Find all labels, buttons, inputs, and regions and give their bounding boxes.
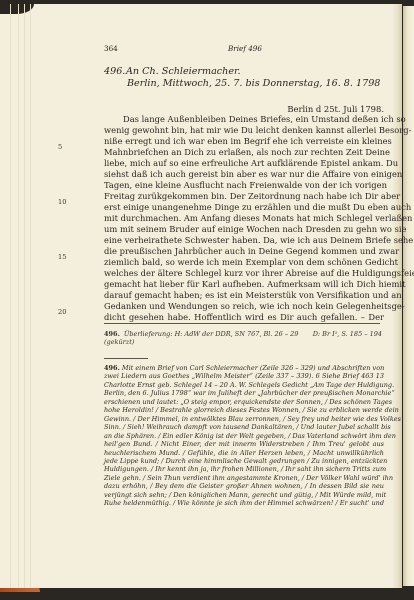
text-line: welches der ältere Schlegel kurz vor ihr… (104, 268, 384, 279)
commentary-line: heil'gen Bund. / Nicht Einer, der mit in… (104, 440, 384, 448)
letter-body: Das lange Außenbleiben Deines Briefes, e… (104, 114, 384, 323)
apparatus-print-source: D: Br I¹, S. 185 – 194 (313, 330, 382, 338)
commentary-line: jede Lippe kund; / Durch eine himmlische… (104, 457, 384, 465)
book-scan: 364 Brief 496 496.An Ch. Schleiermacher.… (0, 0, 414, 600)
apparatus-note-continued: (gekürzt) (104, 338, 382, 346)
dateline: Berlin d 25t. Juli 1798. (287, 104, 384, 114)
apparatus-number: 496. (104, 330, 120, 338)
line-number: 15 (58, 253, 66, 261)
apparatus-note: 496.Überlieferung: H: AdW der DDR, SN 76… (104, 330, 382, 347)
footnote-rule (104, 323, 380, 324)
running-head: 364 Brief 496 (104, 44, 380, 56)
letter-heading: 496.An Ch. Schleiermacher. Berlin, Mittw… (104, 66, 384, 90)
text-line: Mahnbriefchen an Dich zu erlaßen, als no… (104, 147, 384, 158)
commentary: 496. Mit einem Brief von Carl Schleierma… (104, 364, 384, 508)
commentary-line: Ziele gehn. / Sein Thun verdient ihm ang… (104, 474, 384, 482)
commentary-line: heuchlerischem Mund. / Gefühle, die in A… (104, 449, 384, 457)
text-line: Gedanken und Wendungen so reich, wie ich… (104, 301, 384, 312)
commentary-line: an die Sphären. / Ein edler König ist de… (104, 432, 384, 440)
letter-number: 496. (104, 66, 126, 78)
text-line: um mit seinem Bruder auf einige Wochen n… (104, 224, 384, 235)
commentary-line: Huldigungen. / Ihr kennt ihn ja, ihr fro… (104, 465, 384, 473)
line-number: 10 (58, 198, 66, 206)
commentary-rule (104, 358, 148, 359)
text-line: die preußischen Jahrbücher auch in Deine… (104, 246, 384, 257)
text-line: Freitag zurükgekommen bin. Der Zeitordnu… (104, 191, 384, 202)
text-line: liebe, mich auf so eine erfreuliche Art … (104, 158, 384, 169)
apparatus-text: Überlieferung: H: AdW der DDR, SN 767, B… (124, 330, 299, 338)
text-line: darauf gemacht haben; es ist ein Meister… (104, 290, 384, 301)
text-line: wenig gewohnt bin, hat mir wie Du leicht… (104, 125, 384, 136)
commentary-line: verjüngt sich sehn; / Den königlichen Ma… (104, 491, 384, 499)
commentary-line: hohe Heroldin! / Bestrahle glorreich die… (104, 406, 384, 414)
commentary-line: erschienen und lautet: „O steig empor, e… (104, 398, 384, 406)
text-line: gemacht hat lieber für Karl aufheben. Au… (104, 279, 384, 290)
text-line: ziemlich bald, so werde ich mein Exempla… (104, 257, 384, 268)
commentary-line: Berlin, den 6. Julius 1798“ war im Julih… (104, 389, 384, 397)
text-line: eine verheirathete Schwester haben. Da, … (104, 235, 384, 246)
letter-place-date: Berlin, Mittwoch, 25. 7. bis Donnerstag,… (104, 78, 384, 90)
commentary-line: Charlotte Ernst geb. Schlegel 14 – 20 A.… (104, 381, 384, 389)
commentary-line: dazu erhöhn, / Bey dem die Geister große… (104, 482, 384, 490)
text-line: siehst daß ich auch gereist bin aber es … (104, 169, 384, 180)
text-line: Das lange Außenbleiben Deines Briefes, e… (104, 114, 384, 125)
page-edge-line (24, 4, 25, 588)
page-edge-line (10, 4, 11, 588)
commentary-line: 496. Mit einem Brief von Carl Schleierma… (104, 364, 384, 372)
commentary-number: 496. (104, 364, 120, 372)
page-edge-line (18, 4, 19, 588)
text-line: erst einige unangenehme Dinge zu erzähle… (104, 202, 384, 213)
text-line: dicht gesehen habe. Hoffentlich wird es … (104, 312, 384, 323)
line-number: 5 (58, 143, 62, 151)
commentary-line: Sinn. / Sieh! Weihrauch dampft von tause… (104, 423, 384, 431)
text-line: Tagen, eine kleine Ausflucht nach Freien… (104, 180, 384, 191)
letter-recipient: An Ch. Schleiermacher. (126, 66, 241, 77)
page-edge-line (30, 4, 31, 588)
running-title: Brief 496 (228, 44, 262, 53)
page-number: 364 (104, 44, 118, 53)
commentary-line: zwei Liedern aus Goethes „Wilhelm Meiste… (104, 372, 384, 380)
text-line: niße erregt und ich war eben im Begrif e… (104, 136, 384, 147)
text-line: mit durchmachen. Am Anfang dieses Monats… (104, 213, 384, 224)
page-corner (0, 4, 34, 14)
commentary-line: Ruhe heldenmüthig. / Wie könnte je sich … (104, 499, 384, 507)
commentary-line: Gewinn. / Der Himmel, in entwölktes Blau… (104, 415, 384, 423)
facing-page-edge (403, 6, 414, 586)
line-number: 20 (58, 308, 66, 316)
